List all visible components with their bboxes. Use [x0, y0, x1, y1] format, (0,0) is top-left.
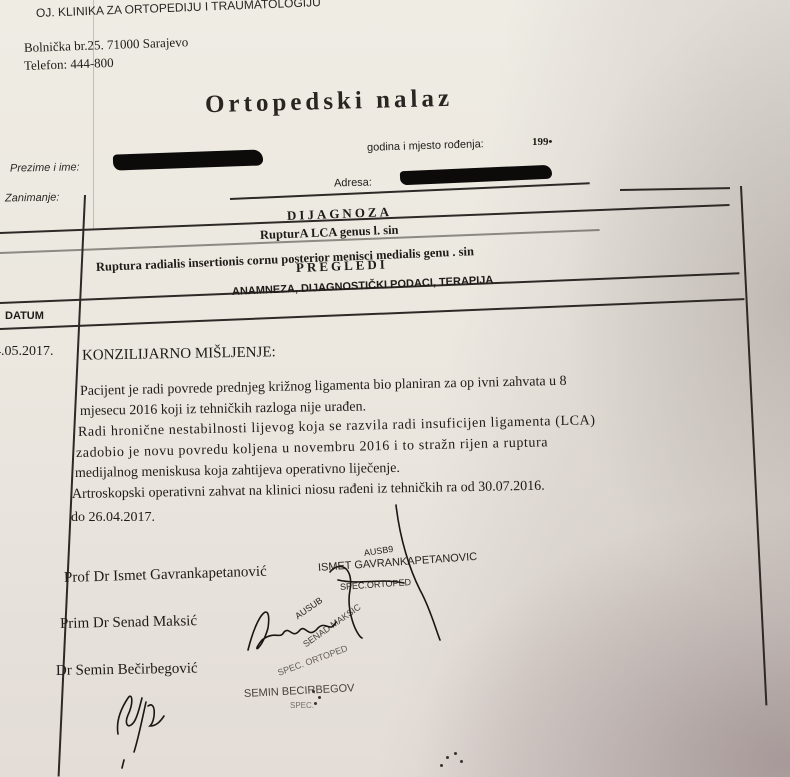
ink-smudge — [440, 764, 443, 767]
ink-smudge — [312, 690, 315, 693]
ink-smudge — [454, 752, 457, 755]
ink-smudge — [460, 760, 463, 763]
handwritten-signatures — [0, 0, 790, 777]
ink-smudge — [446, 756, 449, 759]
ink-smudge — [314, 702, 317, 705]
ink-smudge — [318, 696, 321, 699]
